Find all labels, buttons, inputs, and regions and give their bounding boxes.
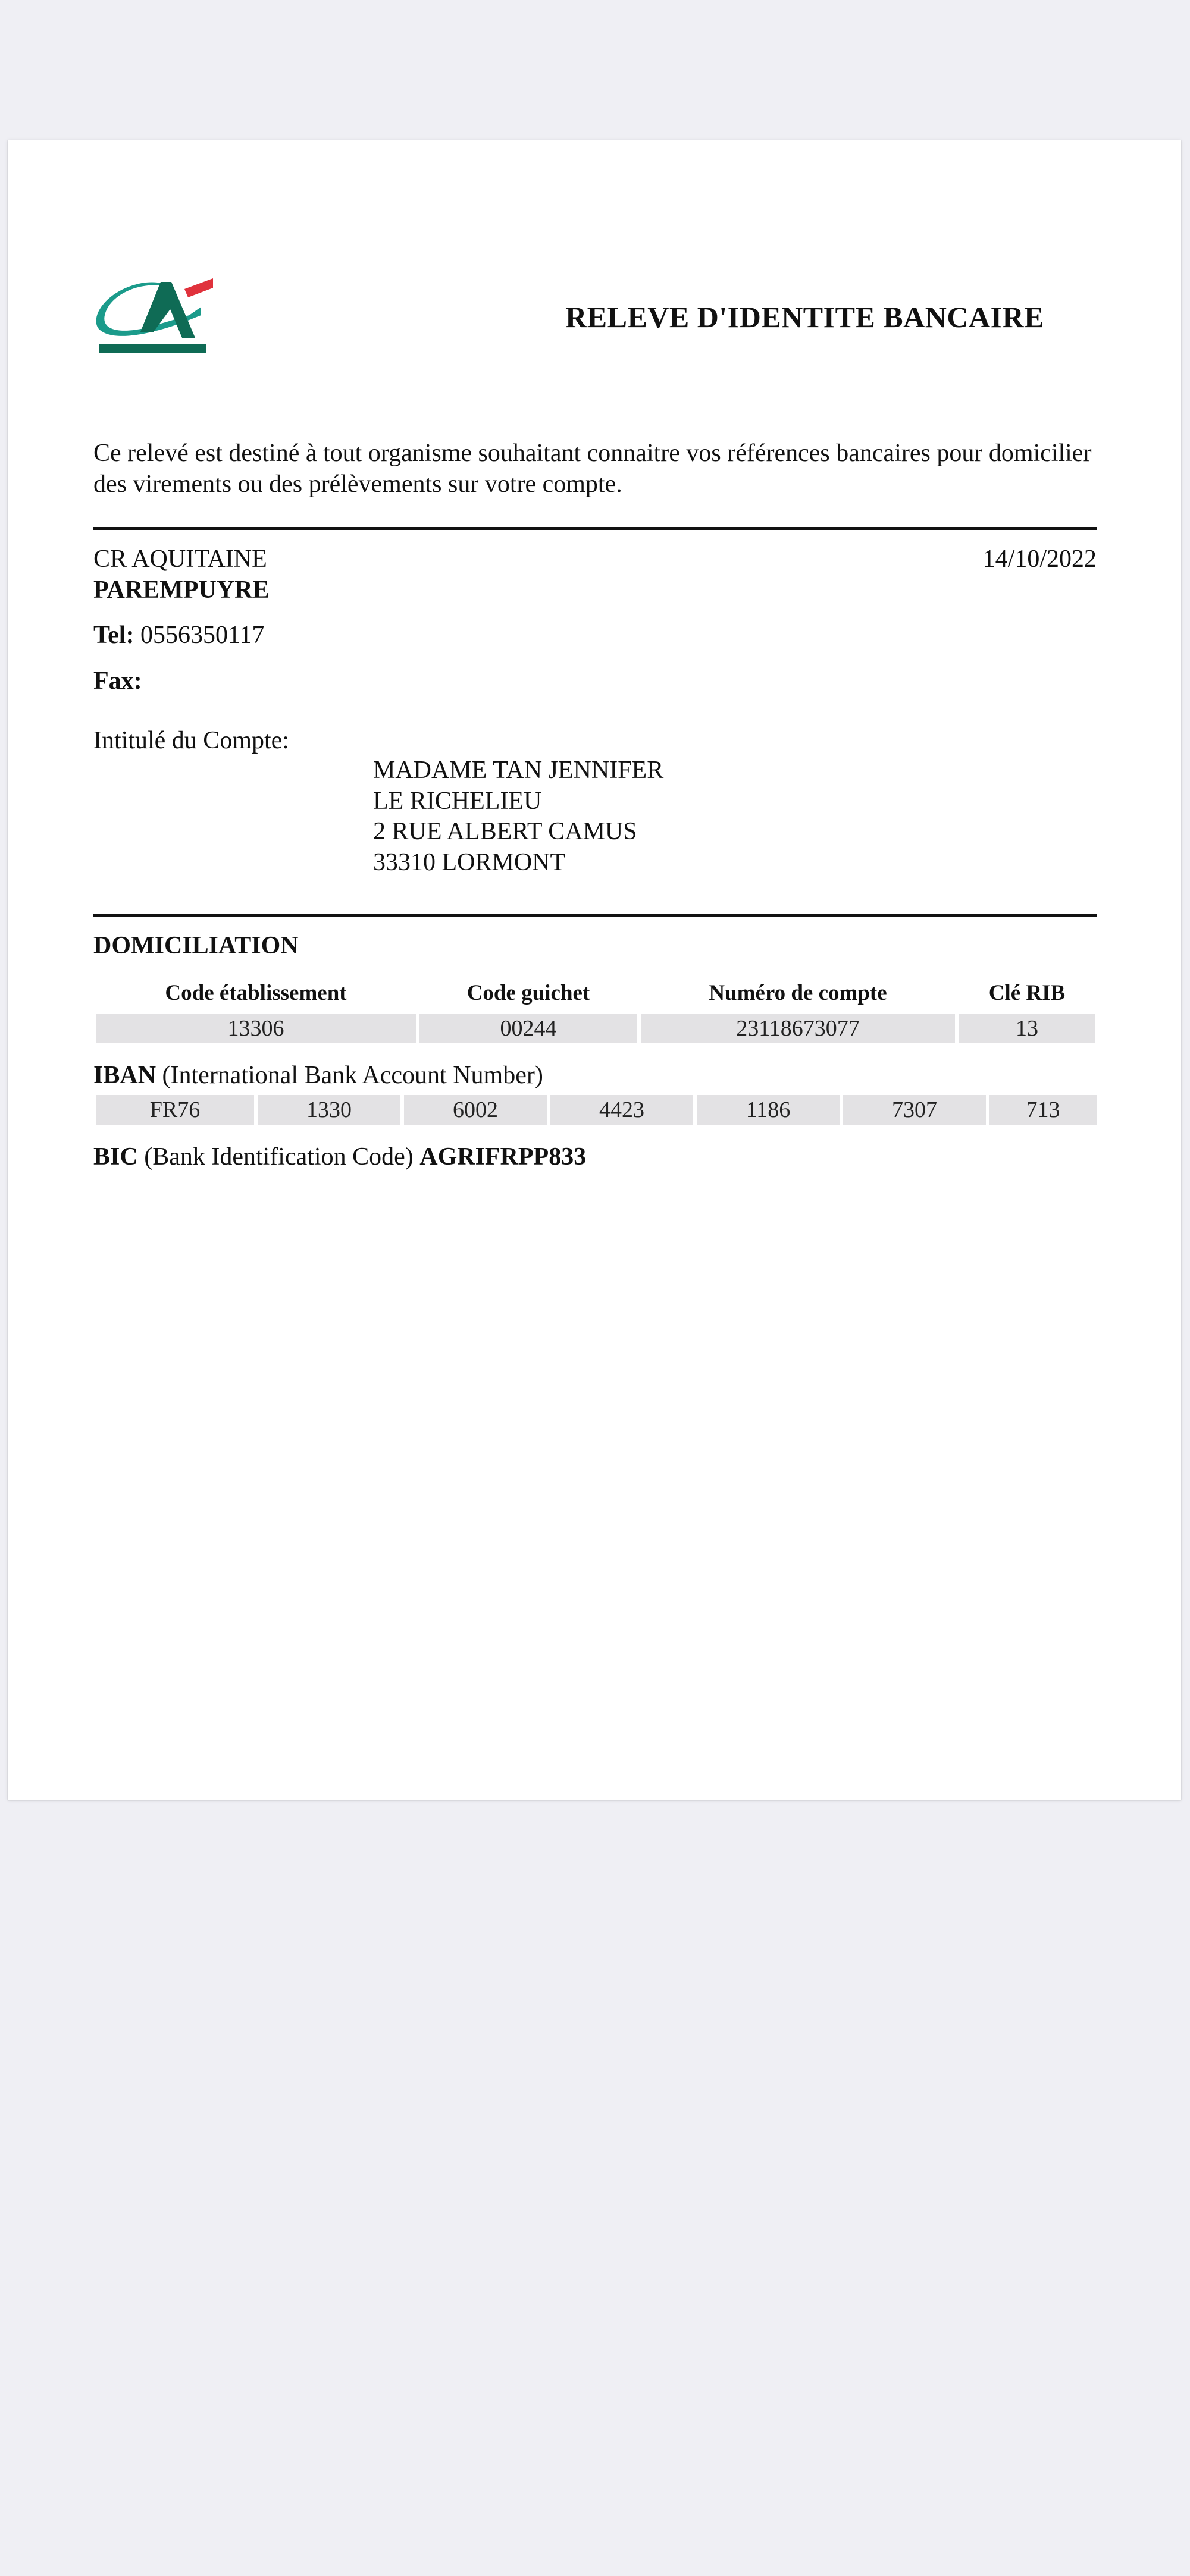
holder-address-line: LE RICHELIEU (373, 786, 663, 817)
iban-group: 7307 (843, 1095, 986, 1125)
bic-line: BIC (Bank Identification Code) AGRIFRPP8… (93, 1143, 586, 1171)
column-header: Code guichet (419, 980, 637, 1006)
divider (93, 914, 1097, 917)
code-etablissement: 13306 (96, 1014, 416, 1043)
cle-rib: 13 (959, 1014, 1095, 1043)
iban-group: 1330 (258, 1095, 400, 1125)
bic-value: AGRIFRPP833 (419, 1143, 586, 1171)
agency-branch: PAREMPUYRE (93, 576, 270, 604)
iban-label-bold: IBAN (93, 1062, 156, 1089)
numero-de-compte: 23118673077 (641, 1014, 955, 1043)
iban-row: FR76 1330 6002 4423 1186 7307 713 (96, 1095, 1097, 1125)
iban-group: 1186 (697, 1095, 840, 1125)
account-holder-address: MADAME TAN JENNIFER LE RICHELIEU 2 RUE A… (373, 755, 663, 878)
holder-address-line: 33310 LORMONT (373, 848, 663, 878)
rib-document-page: RELEVE D'IDENTITE BANCAIRE Ce relevé est… (8, 140, 1181, 1800)
rib-table-row: 13306 00244 23118673077 13 (96, 1014, 1095, 1043)
agency-region: CR AQUITAINE (93, 545, 267, 573)
tel-value: 0556350117 (140, 622, 264, 649)
iban-group: FR76 (96, 1095, 254, 1125)
iban-label-rest: (International Bank Account Number) (162, 1062, 543, 1089)
divider (93, 527, 1097, 530)
column-header: Clé RIB (959, 980, 1095, 1006)
code-guichet: 00244 (419, 1014, 637, 1043)
document-date: 14/10/2022 (983, 545, 1097, 573)
holder-name: MADAME TAN JENNIFER (373, 755, 663, 786)
rib-table-header: Code établissement Code guichet Numéro d… (96, 980, 1095, 1006)
document-title: RELEVE D'IDENTITE BANCAIRE (565, 300, 1044, 334)
fax-label: Fax: (93, 667, 142, 695)
domiciliation-heading: DOMICILIATION (93, 931, 299, 960)
iban-group: 713 (989, 1095, 1097, 1125)
bic-label-rest: (Bank Identification Code) (144, 1143, 414, 1171)
agency-tel: Tel: 0556350117 (93, 621, 264, 650)
tel-label: Tel: (93, 622, 134, 649)
bic-label-bold: BIC (93, 1143, 138, 1171)
column-header: Code établissement (96, 980, 416, 1006)
iban-label: IBAN (International Bank Account Number) (93, 1061, 543, 1090)
holder-address-line: 2 RUE ALBERT CAMUS (373, 817, 663, 848)
agency-fax: Fax: (93, 667, 142, 695)
iban-group: 4423 (550, 1095, 693, 1125)
intro-text: Ce relevé est destiné à tout organisme s… (93, 438, 1105, 500)
column-header: Numéro de compte (641, 980, 955, 1006)
credit-agricole-logo-icon (94, 272, 213, 356)
iban-group: 6002 (404, 1095, 547, 1125)
account-holder-label: Intitulé du Compte: (93, 726, 289, 755)
